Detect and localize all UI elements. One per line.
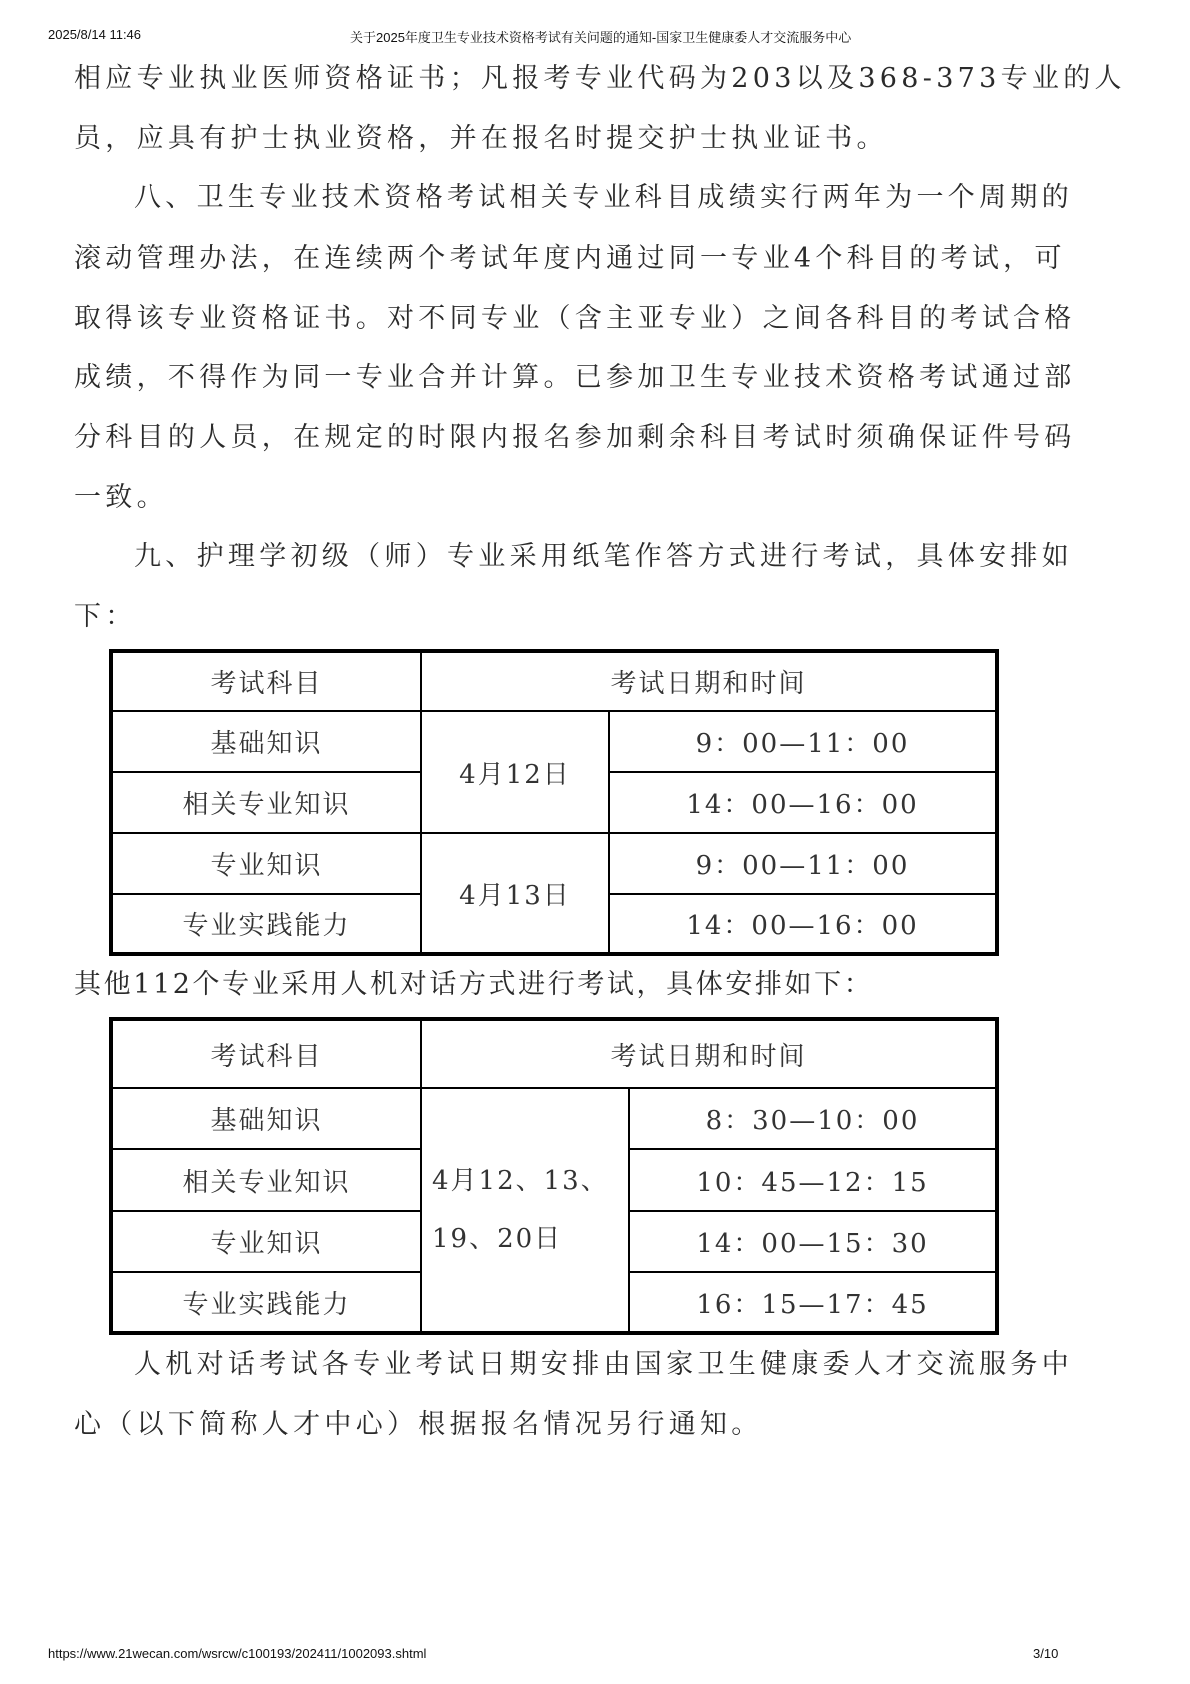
- paragraph-line: 下：: [74, 600, 1036, 634]
- table-row: 基础知识 4月12日 9：00—11：00: [111, 711, 997, 772]
- table-header-row: 考试科目 考试日期和时间: [111, 1019, 997, 1088]
- subject-cell: 专业实践能力: [111, 894, 421, 954]
- date-line: 19、20日: [432, 1210, 628, 1268]
- print-page-title: 关于2025年度卫生专业技术资格考试有关问题的通知-国家卫生健康委人才交流服务中…: [350, 27, 851, 46]
- paragraph-line: 分科目的人员，在规定的时限内报名参加剩余科目考试时须确保证件号码: [74, 421, 1036, 455]
- header-datetime: 考试日期和时间: [421, 1019, 997, 1088]
- date-cell: 4月12、13、 19、20日: [421, 1088, 629, 1333]
- paragraph-line: 人机对话考试各专业考试日期安排由国家卫生健康委人才交流服务中: [134, 1348, 1036, 1382]
- paragraph-line: 一致。: [74, 481, 1036, 515]
- time-cell: 14：00—16：00: [609, 894, 997, 954]
- print-datetime: 2025/8/14 11:46: [48, 27, 141, 42]
- time-cell: 14：00—15：30: [629, 1211, 997, 1272]
- date-cell: 4月12日: [421, 711, 609, 833]
- paragraph-line: 相应专业执业医师资格证书；凡报考专业代码为203以及368-373专业的人: [74, 62, 1036, 96]
- header-datetime: 考试日期和时间: [421, 651, 997, 711]
- subject-cell: 相关专业知识: [111, 1149, 421, 1211]
- paragraph-line: 取得该专业资格证书。对不同专业（含主亚专业）之间各科目的考试合格: [74, 302, 1036, 336]
- paper-exam-schedule-table: 考试科目 考试日期和时间 基础知识 4月12日 9：00—11：00 相关专业知…: [109, 649, 999, 956]
- table-row: 专业知识 4月13日 9：00—11：00: [111, 833, 997, 894]
- subject-cell: 相关专业知识: [111, 772, 421, 833]
- time-cell: 14：00—16：00: [609, 772, 997, 833]
- paragraph-line: 九、护理学初级（师）专业采用纸笔作答方式进行考试，具体安排如: [134, 540, 1036, 574]
- time-cell: 16：15—17：45: [629, 1272, 997, 1333]
- table-header-row: 考试科目 考试日期和时间: [111, 651, 997, 711]
- subject-cell: 基础知识: [111, 711, 421, 772]
- paragraph-line: 员，应具有护士执业资格，并在报名时提交护士执业证书。: [74, 122, 1036, 156]
- print-url: https://www.21wecan.com/wsrcw/c100193/20…: [48, 1646, 426, 1661]
- subject-cell: 基础知识: [111, 1088, 421, 1149]
- table-row: 基础知识 4月12、13、 19、20日 8：30—10：00: [111, 1088, 997, 1149]
- paragraph-line: 其他112个专业采用人机对话方式进行考试，具体安排如下：: [74, 968, 1036, 1002]
- time-cell: 9：00—11：00: [609, 833, 997, 894]
- computer-exam-schedule-table: 考试科目 考试日期和时间 基础知识 4月12、13、 19、20日 8：30—1…: [109, 1017, 999, 1335]
- header-subject: 考试科目: [111, 1019, 421, 1088]
- subject-cell: 专业实践能力: [111, 1272, 421, 1333]
- paragraph-line: 滚动管理办法，在连续两个考试年度内通过同一专业4个科目的考试，可: [74, 242, 1036, 276]
- page-number: 3/10: [1033, 1646, 1058, 1661]
- paragraph-line: 八、卫生专业技术资格考试相关专业科目成绩实行两年为一个周期的: [134, 181, 1036, 215]
- header-subject: 考试科目: [111, 651, 421, 711]
- paragraph-line: 成绩，不得作为同一专业合并计算。已参加卫生专业技术资格考试通过部: [74, 361, 1036, 395]
- time-cell: 10：45—12：15: [629, 1149, 997, 1211]
- subject-cell: 专业知识: [111, 1211, 421, 1272]
- paragraph-line: 心（以下简称人才中心）根据报名情况另行通知。: [74, 1408, 1036, 1442]
- date-cell: 4月13日: [421, 833, 609, 954]
- date-line: 4月12、13、: [432, 1152, 628, 1210]
- time-cell: 8：30—10：00: [629, 1088, 997, 1149]
- subject-cell: 专业知识: [111, 833, 421, 894]
- time-cell: 9：00—11：00: [609, 711, 997, 772]
